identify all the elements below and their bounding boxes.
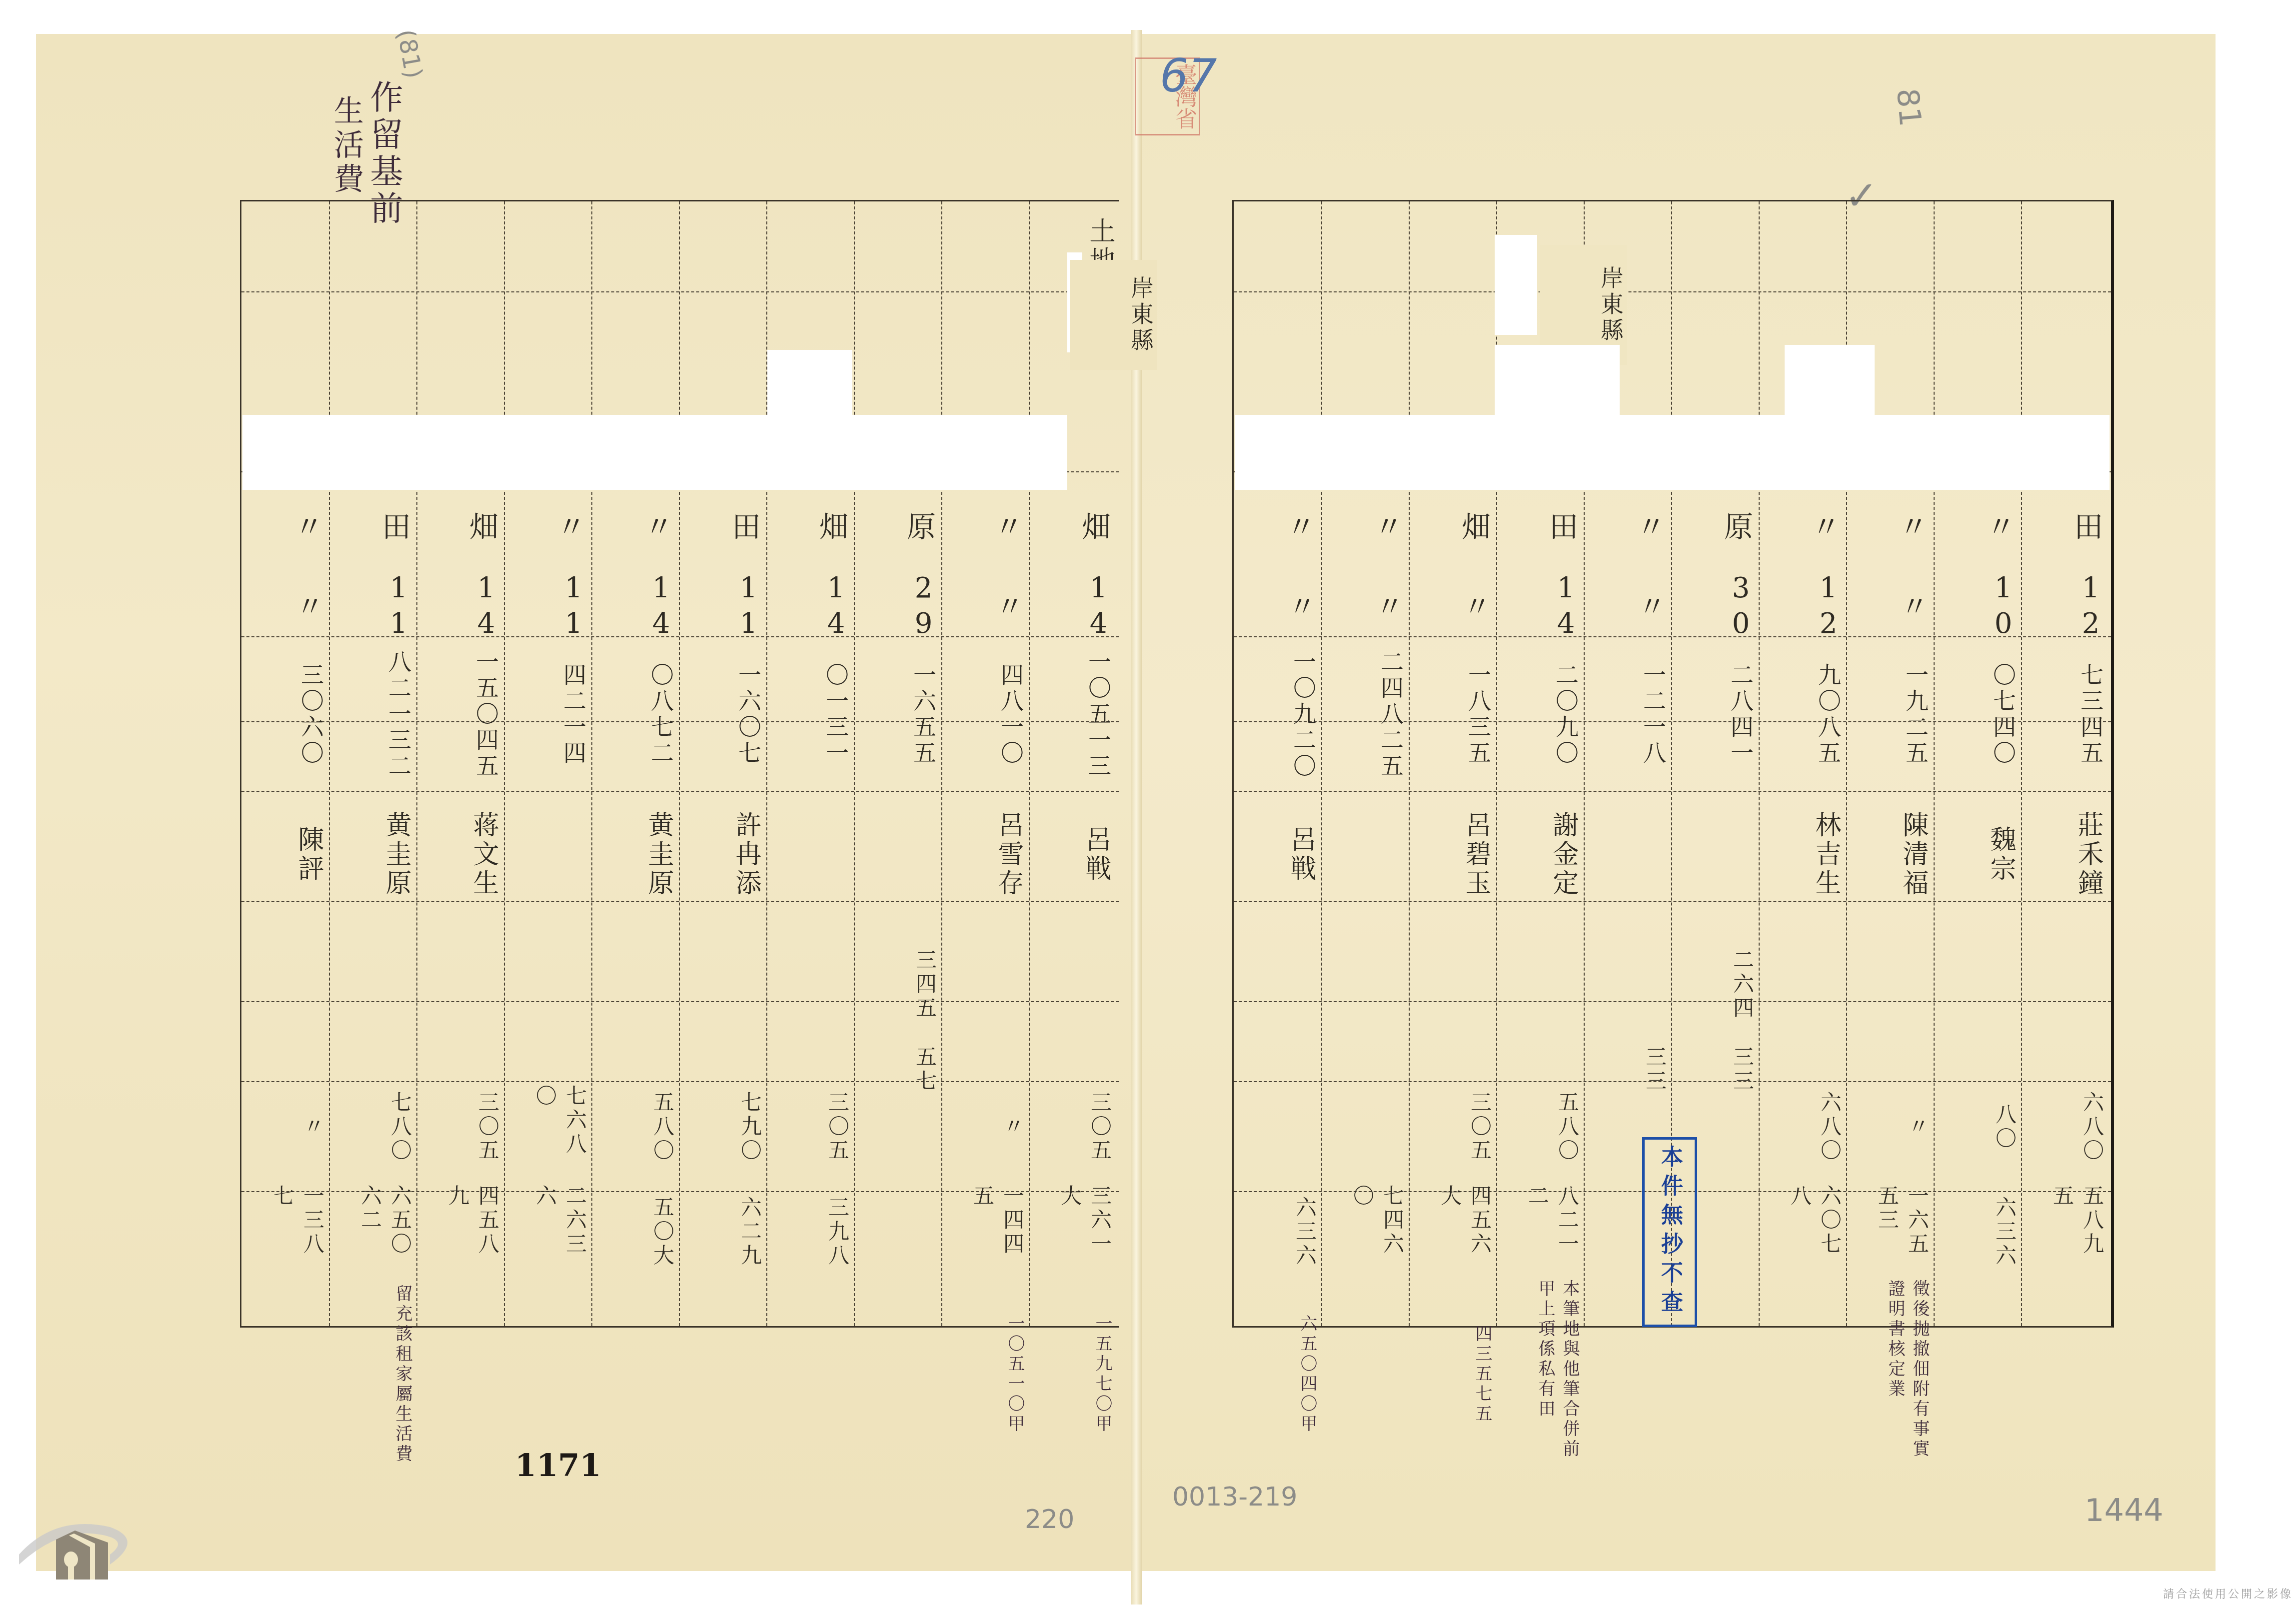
pencil-mark-top-right: 81: [1890, 87, 1928, 128]
cell-remark: [1320, 1280, 1407, 1470]
cell-area: 九〇八五: [1757, 650, 1845, 780]
cell-owner: 謝金定: [1495, 790, 1582, 920]
cell-grade: 11: [677, 570, 765, 645]
cell-area: 四二一四: [502, 650, 590, 780]
cell-value: 六三六: [1932, 1185, 2020, 1280]
pencil-mark-bottom-fold: 0013-219: [1172, 1482, 1297, 1512]
cell-land-type: 〃: [1320, 490, 1407, 565]
cell-area: 二四八二五: [1320, 650, 1407, 780]
cell-area: 一八三五: [1407, 650, 1495, 780]
cell-owner: 黄圭原: [327, 790, 415, 920]
cell-rate: 六八〇: [1757, 1085, 1845, 1170]
cell-rate: 六八〇: [2020, 1085, 2107, 1170]
redaction-block: [242, 415, 1067, 490]
cell-rent-a: [1407, 940, 1495, 1030]
cell-owner: 呂雪存: [940, 790, 1027, 920]
cell-rate: 五八〇: [590, 1085, 677, 1170]
cell-value: 六二九: [677, 1185, 765, 1280]
cell-owner: 蒋文生: [415, 790, 502, 920]
cell-value: 七四六〇: [1320, 1185, 1407, 1280]
cell-rate: 〃: [940, 1085, 1027, 1170]
cell-remark: [2020, 1280, 2107, 1470]
cell-land-type: 畑: [415, 490, 502, 565]
cell-land-type: 畑: [1407, 490, 1495, 565]
cell-owner: 林吉生: [1757, 790, 1845, 920]
cell-land-type: 田: [1495, 490, 1582, 565]
cell-land-type: 畑: [765, 490, 852, 565]
archive-logo-icon: [10, 1500, 130, 1580]
redaction-block: [1235, 415, 2110, 490]
cell-grade: 〃: [1320, 570, 1407, 645]
cell-value: 三六一大: [1027, 1185, 1115, 1280]
cell-remark: [590, 1280, 677, 1470]
cell-remark: 徵後抛撤佃附有事實證明書核定業: [1845, 1280, 1932, 1470]
cell-area: 一六五五: [852, 650, 940, 780]
cell-remark: [502, 1280, 590, 1470]
cell-value: 五〇大: [590, 1185, 677, 1280]
cell-grade: 14: [1495, 570, 1582, 645]
cell-area: 一〇九二〇: [1232, 650, 1320, 780]
cell-owner: 陳清福: [1845, 790, 1932, 920]
cell-area: 三〇六〇: [240, 650, 327, 780]
cell-rent-a: [1757, 940, 1845, 1030]
cell-rent-a: [2020, 940, 2107, 1030]
cell-rent-a: [1027, 940, 1115, 1030]
cell-remark: 一五九七〇甲: [1027, 1280, 1115, 1470]
cell-owner: [1670, 790, 1757, 920]
cell-owner: [1320, 790, 1407, 920]
cell-grade: 〃: [240, 570, 327, 645]
cell-value: 一六五五三: [1845, 1185, 1932, 1280]
cell-rate: 〃: [240, 1085, 327, 1170]
page-number: 1171: [515, 1447, 601, 1484]
cell-rate: 〃: [1845, 1085, 1932, 1170]
cell-land-type: 〃: [1757, 490, 1845, 565]
cell-rent-a: [415, 940, 502, 1030]
cell-remark: 一〇五一〇甲: [940, 1280, 1027, 1470]
cell-grade: 30: [1670, 570, 1757, 645]
cell-area: 一〇五一三: [1027, 650, 1115, 780]
cell-remark: 留充該租家屬生活費: [327, 1280, 415, 1470]
cell-owner: [852, 790, 940, 920]
cell-rent-a: [327, 940, 415, 1030]
cell-area: 〇一三一: [765, 650, 852, 780]
pencil-mark-bottom-left: 220: [1025, 1505, 1074, 1535]
cell-grade: 〃: [1582, 570, 1670, 645]
cell-rent-a: [1495, 940, 1582, 1030]
cell-owner: [502, 790, 590, 920]
cell-rate: [1232, 1085, 1320, 1170]
cell-value: 三九八: [765, 1185, 852, 1280]
cell-value: 六五〇六二: [327, 1185, 415, 1280]
cell-remark: [240, 1280, 327, 1470]
cell-grade: 10: [1932, 570, 2020, 645]
cell-grade: 12: [1757, 570, 1845, 645]
redaction-block: [1785, 345, 1875, 415]
redaction-block: [767, 350, 852, 420]
usage-watermark: 請合法使用公開之影像: [2163, 1586, 2293, 1601]
cell-owner: 呂碧玉: [1407, 790, 1495, 920]
cell-land-type: 〃: [240, 490, 327, 565]
cell-area: 二八四一: [1670, 650, 1757, 780]
archive-number: 67: [1160, 50, 1217, 102]
cell-land-type: 田: [677, 490, 765, 565]
cell-area: 一五〇四五: [415, 650, 502, 780]
cell-grade: 11: [327, 570, 415, 645]
cell-area: 一六〇七: [677, 650, 765, 780]
cell-grade: 〃: [940, 570, 1027, 645]
cell-area: 二〇九〇: [1495, 650, 1582, 780]
blue-verification-stamp: 本件無抄不查: [1642, 1137, 1697, 1327]
cell-owner: [765, 790, 852, 920]
cell-rent-a: [1582, 940, 1670, 1030]
cell-value: 五八九五: [2020, 1185, 2107, 1280]
cell-rent-a: [590, 940, 677, 1030]
cell-area: 七三四五: [2020, 650, 2107, 780]
cell-remark: 六五〇四〇甲: [1232, 1280, 1320, 1470]
cell-grade: 14: [590, 570, 677, 645]
cell-area: 四八一〇: [940, 650, 1027, 780]
cell-area: 八二一三二: [327, 650, 415, 780]
cell-owner: 莊禾鐘: [2020, 790, 2107, 920]
cell-land-type: 〃: [502, 490, 590, 565]
cell-value: 八二一二: [1495, 1185, 1582, 1280]
cell-grade: 〃: [1407, 570, 1495, 645]
cell-rate: 七六八〇: [502, 1085, 590, 1170]
cell-grade: 29: [852, 570, 940, 645]
cell-area: 〇八七二: [590, 650, 677, 780]
cell-remark: [765, 1280, 852, 1470]
cell-rate: 三〇五: [1407, 1085, 1495, 1170]
cell-owner: 許冉添: [677, 790, 765, 920]
cell-rate: [852, 1085, 940, 1170]
cell-value: 一三八七: [240, 1185, 327, 1280]
cell-land-type: 〃: [590, 490, 677, 565]
cell-remark: [415, 1280, 502, 1470]
cell-rent-a: [502, 940, 590, 1030]
pencil-mark-bottom-right: 1444: [2085, 1492, 2164, 1529]
cell-remark: [1757, 1280, 1845, 1470]
location-label-left: 岸東縣: [1070, 260, 1157, 370]
cell-land-type: 原: [1670, 490, 1757, 565]
cell-remark: [677, 1280, 765, 1470]
cell-land-type: 田: [2020, 490, 2107, 565]
cell-remark: 四三五七五: [1407, 1280, 1495, 1470]
cell-rate: 七九〇: [677, 1085, 765, 1170]
cell-rent-a: [1320, 940, 1407, 1030]
cell-area: 一二一八: [1582, 650, 1670, 780]
cell-grade: 〃: [1232, 570, 1320, 645]
cell-owner: 陳評: [240, 790, 327, 920]
redaction-block: [1495, 235, 1537, 335]
cell-land-type: 原: [852, 490, 940, 565]
cell-remark: [1932, 1280, 2020, 1470]
cell-rent-a: 三四五: [852, 940, 940, 1030]
cell-value: 二六三六: [502, 1185, 590, 1280]
cell-rate: 三〇五: [415, 1085, 502, 1170]
cell-value: 一四四五: [940, 1185, 1027, 1280]
cell-owner: 呂戦: [1232, 790, 1320, 920]
cell-grade: 11: [502, 570, 590, 645]
cell-remark: 本筆地與他筆合併前甲上項係私有田: [1495, 1280, 1582, 1470]
cell-rent-a: 二六四: [1670, 940, 1757, 1030]
cell-area: 一九二五: [1845, 650, 1932, 780]
cell-owner: [1582, 790, 1670, 920]
cell-land-type: 〃: [940, 490, 1027, 565]
cell-rate: 八〇: [1932, 1085, 2020, 1170]
cell-owner: 魏宗: [1932, 790, 2020, 920]
cell-rate: 三〇五: [1027, 1085, 1115, 1170]
cell-grade: 〃: [1845, 570, 1932, 645]
cell-land-type: 〃: [1932, 490, 2020, 565]
cell-remark: [852, 1280, 940, 1470]
cell-rent-a: [240, 940, 327, 1030]
cell-value: 四五六大: [1407, 1185, 1495, 1280]
cell-rate: 五八〇: [1495, 1085, 1582, 1170]
cell-land-type: 〃: [1232, 490, 1320, 565]
cell-grade: 14: [1027, 570, 1115, 645]
cell-value: 四五八九: [415, 1185, 502, 1280]
cell-owner: 黄圭原: [590, 790, 677, 920]
cell-value: 六〇七八: [1757, 1185, 1845, 1280]
cell-rent-a: [940, 940, 1027, 1030]
cell-rent-a: [1232, 940, 1320, 1030]
cell-value: [852, 1185, 940, 1280]
cell-owner: 呂戦: [1027, 790, 1115, 920]
cell-rent-a: [1845, 940, 1932, 1030]
cell-rate: 七八〇: [327, 1085, 415, 1170]
cell-rent-a: [765, 940, 852, 1030]
cell-rent-a: [1932, 940, 2020, 1030]
cell-area: 〇七四〇: [1932, 650, 2020, 780]
cell-rent-a: [677, 940, 765, 1030]
cell-grade: 14: [415, 570, 502, 645]
cell-land-type: 〃: [1582, 490, 1670, 565]
cell-grade: 14: [765, 570, 852, 645]
cell-land-type: 畑: [1027, 490, 1115, 565]
cell-rate: 三〇五: [765, 1085, 852, 1170]
cell-land-type: 〃: [1845, 490, 1932, 565]
cell-value: 六三六: [1232, 1185, 1320, 1280]
cell-land-type: 田: [327, 490, 415, 565]
redaction-block: [1495, 345, 1620, 415]
cell-grade: 12: [2020, 570, 2107, 645]
cell-rate: [1320, 1085, 1407, 1170]
